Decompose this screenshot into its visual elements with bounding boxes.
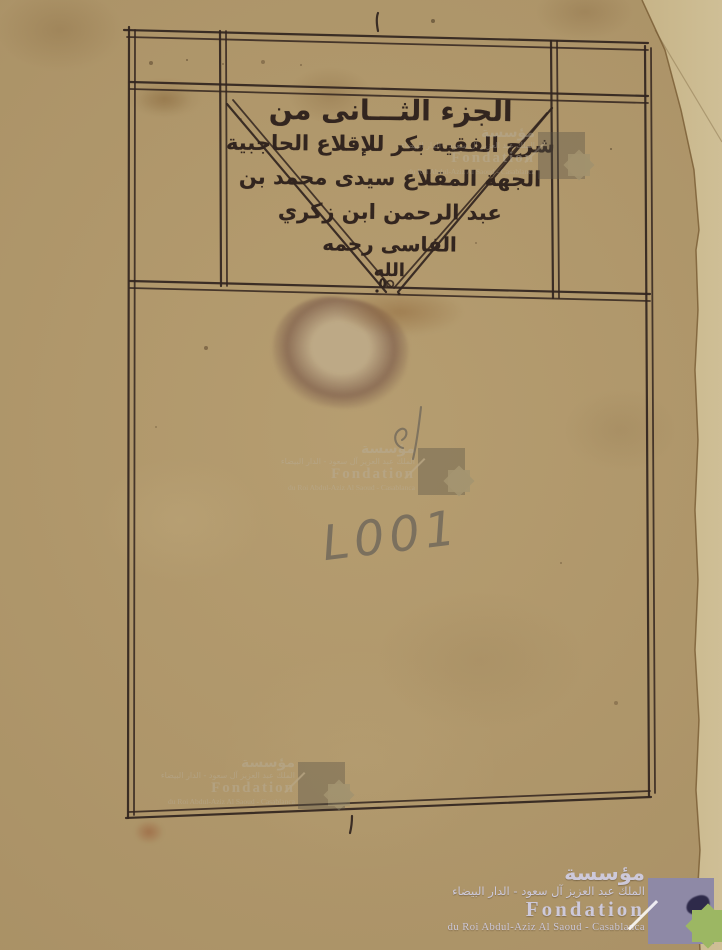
stamp-name-arabic: مؤسسة: [373, 126, 535, 141]
pencil-shelf-number: L001: [319, 500, 463, 572]
stamp-name-french: Fondation: [433, 898, 645, 920]
stamp-name-arabic: مؤسسة: [253, 442, 415, 457]
stamp-line-arabic: الملك عبد العزيز آل سعود - الدار البيضاء: [133, 772, 295, 780]
stamp-name-french: Fondation: [133, 781, 295, 797]
stamp-star-icon: [568, 154, 590, 176]
torn-edge-underpage: [612, 0, 722, 950]
stamp-star-icon: [448, 470, 470, 492]
title-line: الجزء الثـــانى من: [226, 93, 556, 129]
library-stamp-watermark: مؤسسة الملك عبد العزيز آل سعود - الدار ا…: [253, 442, 483, 504]
stain-below-triangle: [336, 288, 464, 336]
paper-specks: [0, 0, 2, 2]
stain-top-left: [138, 86, 190, 114]
stamp-line-french: du Roi Abdul-Aziz Al Saoud - Casablanca: [133, 798, 295, 806]
stamp-line-arabic: الملك عبد العزيز آل سعود - الدار البيضاء: [373, 142, 535, 150]
stamp-line-arabic: الملك عبد العزيز آل سعود - الدار البيضاء: [433, 885, 645, 897]
stamp-logo: [538, 126, 590, 188]
library-stamp-watermark: مؤسسة الملك عبد العزيز آل سعود - الدار ا…: [373, 126, 603, 188]
stamp-logo: [298, 756, 350, 818]
stamp-star-icon: [328, 784, 350, 806]
stamp-name-arabic: مؤسسة: [133, 756, 295, 771]
stamp-line-arabic: الملك عبد العزيز آل سعود - الدار البيضاء: [253, 458, 415, 466]
stamp-star-icon: [692, 910, 722, 942]
stamp-line-french: du Roi Abdul-Aziz Al Saoud - Casablanca: [373, 168, 535, 176]
stamp-line-french: du Roi Abdul-Aziz Al Saoud - Casablanca: [433, 922, 645, 933]
library-stamp-watermark: مؤسسة الملك عبد العزيز آل سعود - الدار ا…: [133, 756, 363, 818]
stamp-name-arabic: مؤسسة: [433, 862, 645, 884]
title-line: الله: [224, 259, 554, 283]
stamp-line-french: du Roi Abdul-Aziz Al Saoud - Casablanca: [253, 484, 415, 492]
triangle-apex-ornament: ٥: [378, 274, 387, 292]
stamp-name-french: Fondation: [373, 151, 535, 167]
title-calligraphy-block: الجزء الثـــانى من شرح الفقيه بكر للإقلا…: [224, 93, 556, 296]
title-line: عبد الرحمن ابن زكري: [225, 199, 555, 226]
stamp-name-french: Fondation: [253, 467, 415, 483]
stamp-logo: [648, 862, 722, 950]
title-line: الفاسى رحمه: [224, 231, 554, 258]
foundation-stamp: مؤسسة الملك عبد العزيز آل سعود - الدار ا…: [433, 862, 722, 950]
stain-bottom-left: [134, 820, 164, 844]
stamp-logo: [418, 442, 470, 504]
manuscript-scan-page: الجزء الثـــانى من شرح الفقيه بكر للإقلا…: [0, 0, 722, 950]
